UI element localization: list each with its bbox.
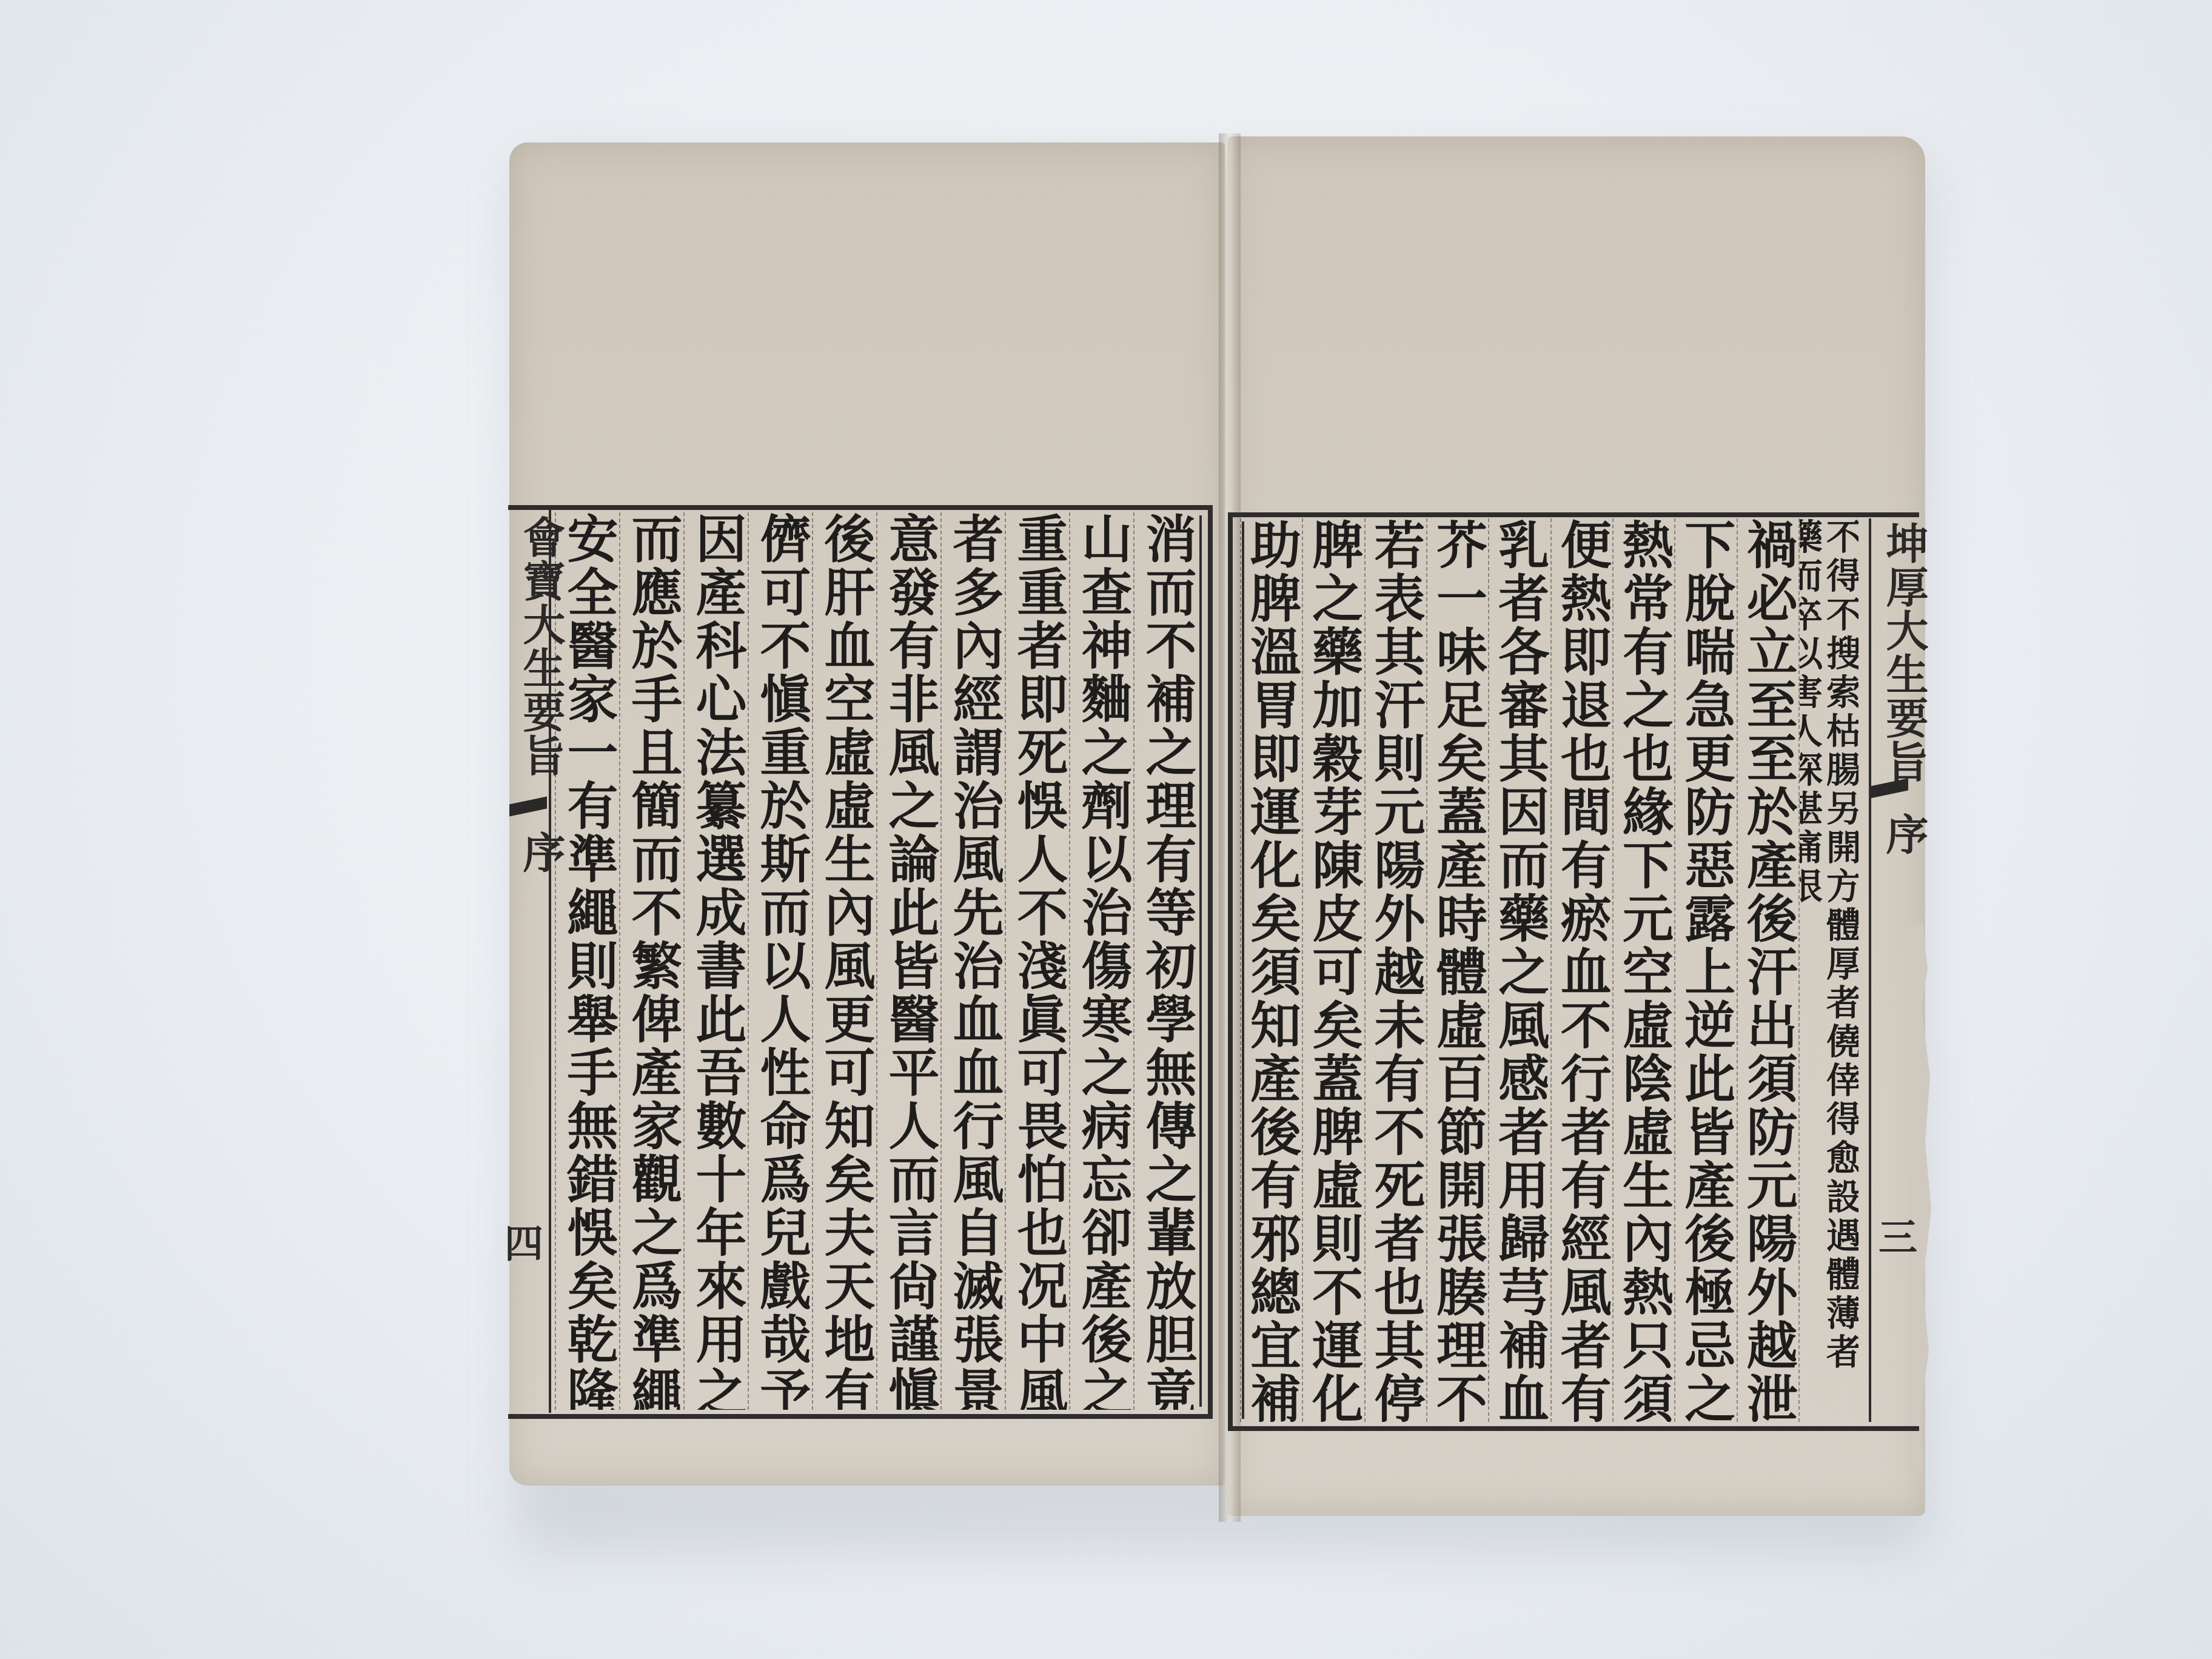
right-margin-title: 坤厚大生要旨 [1874,521,1935,783]
annotation-column: 不得不搜索枯腸另開方體厚者僥倖得愈設遇體薄者 藥而卒以害人深堪痛恨 [1798,518,1858,1422]
left-page-number: 四 [504,1213,543,1269]
annotation-line: 藥而卒以害人深堪痛恨 [1798,518,1820,1422]
text-column: 而應於手且簡而不繁俾產家觀之爲準繩則性命得以 [619,512,683,1410]
annotation-line: 不得不搜索枯腸另開方體厚者僥倖得愈設遇體薄者 [1823,518,1858,1422]
text-column: 重重者即死悞人不淺眞可畏怕也况中風一症乃血虛 [1005,512,1069,1410]
text-column: 消而不補之理有等初學無傳之輩放胆竟用柴岑羌防 [1133,512,1198,1410]
right-banxin-rule [1869,518,1871,1422]
text-column: 下脫喘急更防惡露上逆此皆產後極忌之處而產後發 [1674,518,1736,1422]
text-column: 後肝血空虛虛生內風更可知矣夫天地有好生之德吾 [812,512,876,1410]
text-column: 山查神麯之劑以治傷寒之病忘卻產後之身致輕者變 [1069,512,1133,1410]
text-column: 乳者各審其因而藥之風感者用歸芎補血之中加黑荊 [1488,518,1550,1422]
right-page-number: 三 [1879,1207,1917,1262]
text-column: 助脾溫胃即運化矣須知產後有邪總宜補中兼消未有 [1240,518,1302,1422]
text-column: 者多內經謂治風先治血血行風自滅張景岳先生師其 [940,512,1005,1410]
left-frame-inner-rule [1199,515,1202,1407]
right-margin-section-text: 序 [1879,813,1929,856]
text-column: 便熱即退也間有瘀血不行者有經風者有停滯者有蒸 [1550,518,1612,1422]
text-column: 芥一味足矣蓋產時體虛百節開張腠理不固易入易出 [1426,518,1488,1422]
right-margin-section: 序 [1874,813,1935,856]
text-column: 意發有非風之論此皆醫平人而言尙謹愼如此而况產 [876,512,940,1410]
text-column: 熱常有之也緣下元空虛陰虛生內熱只須四物湯加童 [1612,518,1674,1422]
text-column: 儕可不愼重於斯而以人性命爲兒戲哉予每見而憫焉 [748,512,812,1410]
text-column: 脾之藥加穀芽陳皮可矣蓋脾虛則不運化宜用陽藥以 [1302,518,1364,1422]
right-text-columns: 不得不搜索枯腸另開方體厚者僥倖得愈設遇體薄者 藥而卒以害人深堪痛恨 禍必立至至於… [1240,518,1858,1422]
text-column: 安全醫家一有準繩則舉手無錯悞矣乾隆四十五年休 [555,512,619,1410]
text-column: 因產科心法纂選成書此吾數十年來用之效驗悟於心 [683,512,748,1410]
right-margin-title-text: 坤厚大生要旨 [1879,521,1929,783]
open-book: 會寶大生要旨 序 四 消而不補之理有等初學無傳之輩放胆竟用柴岑羌防 山查神麯之劑… [0,0,2212,1659]
text-column: 若表其汗則元陽外越未有不死者也其停滯者只於理 [1364,518,1426,1422]
text-column: 禍必立至至於產後汗出須防元陽外越泄瀉即防中氣 [1737,518,1798,1422]
left-text-columns: 消而不補之理有等初學無傳之輩放胆竟用柴岑羌防 山查神麯之劑以治傷寒之病忘卻產後之… [555,512,1198,1410]
